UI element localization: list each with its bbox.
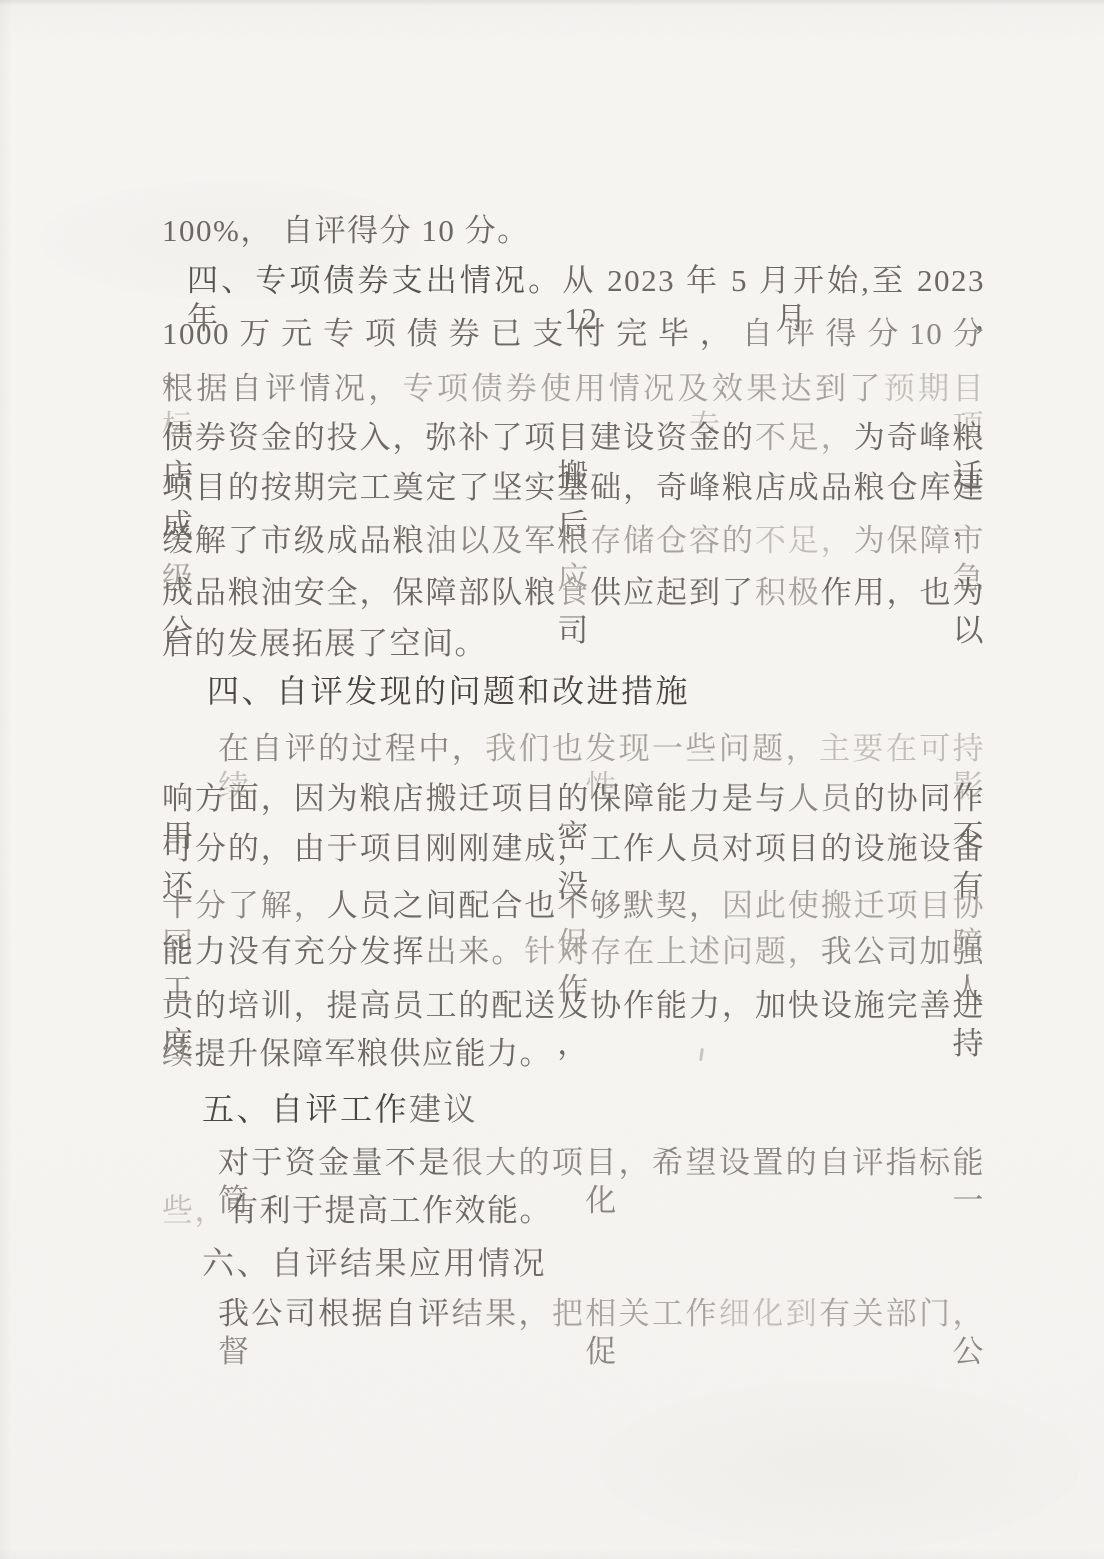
text-segment: 我公司根据自评 bbox=[218, 1296, 452, 1331]
text-segment: 提升保障军粮供应能力。 bbox=[195, 1036, 553, 1071]
section-heading: 六、自评结果应用情况 bbox=[202, 1244, 547, 1282]
text-segment: 些， bbox=[162, 1193, 227, 1228]
text-line: 续提升保障军粮供应能力。 bbox=[162, 1035, 552, 1073]
text-segment: 缓解了市级成品粮 bbox=[162, 523, 426, 558]
text-line: 些，有利于提高工作效能。 bbox=[162, 1192, 552, 1230]
text-segment: 专项债券使用情况及效果达到了 bbox=[403, 371, 884, 406]
text-segment: 响方面，因为粮店搬迁项目的保障能力是与 bbox=[162, 781, 788, 816]
text-segment: 督促公 bbox=[218, 1334, 985, 1369]
text-segment: 五、自评工作 bbox=[202, 1091, 409, 1127]
text-segment: 不足， bbox=[755, 420, 854, 455]
text-segment: 续 bbox=[162, 1036, 195, 1071]
text-segment: 四、专项债券支出情况。 bbox=[187, 263, 562, 298]
scan-edge-bottom bbox=[0, 1549, 1104, 1559]
text-segment: 很大的项目， bbox=[452, 1145, 652, 1180]
text-segment: 在自评的过程中， bbox=[218, 731, 485, 766]
text-segment: 根据自评情况， bbox=[162, 371, 403, 406]
text-segment: 不足， bbox=[755, 523, 854, 558]
text-segment: 人员 bbox=[788, 781, 854, 816]
text-segment: 建议 bbox=[409, 1091, 478, 1127]
text-segment: 供应起到了 bbox=[590, 575, 755, 610]
text-segment: 有利于提高工作效能。 bbox=[227, 1193, 552, 1228]
text-segment: 油以及军粮 bbox=[426, 523, 591, 558]
text-segment: 四、自评发现的问题和改进措施 bbox=[207, 673, 690, 709]
text-segment: 针对存在上述问题， bbox=[524, 934, 820, 969]
text-segment: 后的发展拓展了空间。 bbox=[162, 626, 487, 661]
text-line: 我公司根据自评结果，把相关工作细化到有关部门，督促公 bbox=[218, 1295, 985, 1371]
text-line: 后的发展拓展了空间。 bbox=[162, 625, 487, 663]
text-segment: 能力没有充分发挥 bbox=[162, 934, 426, 969]
text-segment: 100%， 自评得分 10 分。 bbox=[162, 213, 530, 248]
text-segment: 债券资金的投入，弥补了项目建设资金的 bbox=[162, 420, 755, 455]
section-heading: 五、自评工作建议 bbox=[202, 1090, 478, 1128]
text-segment: 细化到 bbox=[719, 1296, 819, 1331]
text-segment: 食 bbox=[557, 575, 590, 610]
text-segment: 六、自评结果应用情况 bbox=[202, 1245, 547, 1281]
scan-smudge bbox=[600, 1380, 1080, 1550]
section-heading: 四、自评发现的问题和改进措施 bbox=[207, 672, 690, 710]
text-segment: 对于资金量不是 bbox=[218, 1145, 452, 1180]
text-segment: 出来。 bbox=[426, 934, 525, 969]
text-segment: 存储仓容的 bbox=[590, 523, 755, 558]
scan-edge-top bbox=[0, 0, 1104, 6]
text-segment: 希望设置的 bbox=[652, 1145, 819, 1180]
text-segment: 积极 bbox=[755, 575, 821, 610]
text-segment: 不够默契， bbox=[557, 888, 722, 923]
text-segment: 结果， bbox=[452, 1296, 552, 1331]
text-segment: 成品粮油安全，保障部队粮 bbox=[162, 575, 557, 610]
text-line: 100%， 自评得分 10 分。 bbox=[162, 212, 530, 250]
text-segment: 十分了解， bbox=[162, 888, 327, 923]
scanned-document-page: 100%， 自评得分 10 分。四、专项债券支出情况。从 2023 年 5 月开… bbox=[0, 0, 1104, 1559]
text-segment: 我们也发现一些问题， bbox=[485, 731, 819, 766]
text-segment: 有关部门， bbox=[819, 1296, 985, 1331]
text-segment: 人员之间配合也 bbox=[327, 888, 558, 923]
scan-edge-left bbox=[0, 0, 12, 1559]
text-segment: 1000 万 元 专 项 债 券 已 支 付 完 毕 ， bbox=[162, 316, 732, 351]
text-segment: 把相关工作 bbox=[552, 1296, 719, 1331]
